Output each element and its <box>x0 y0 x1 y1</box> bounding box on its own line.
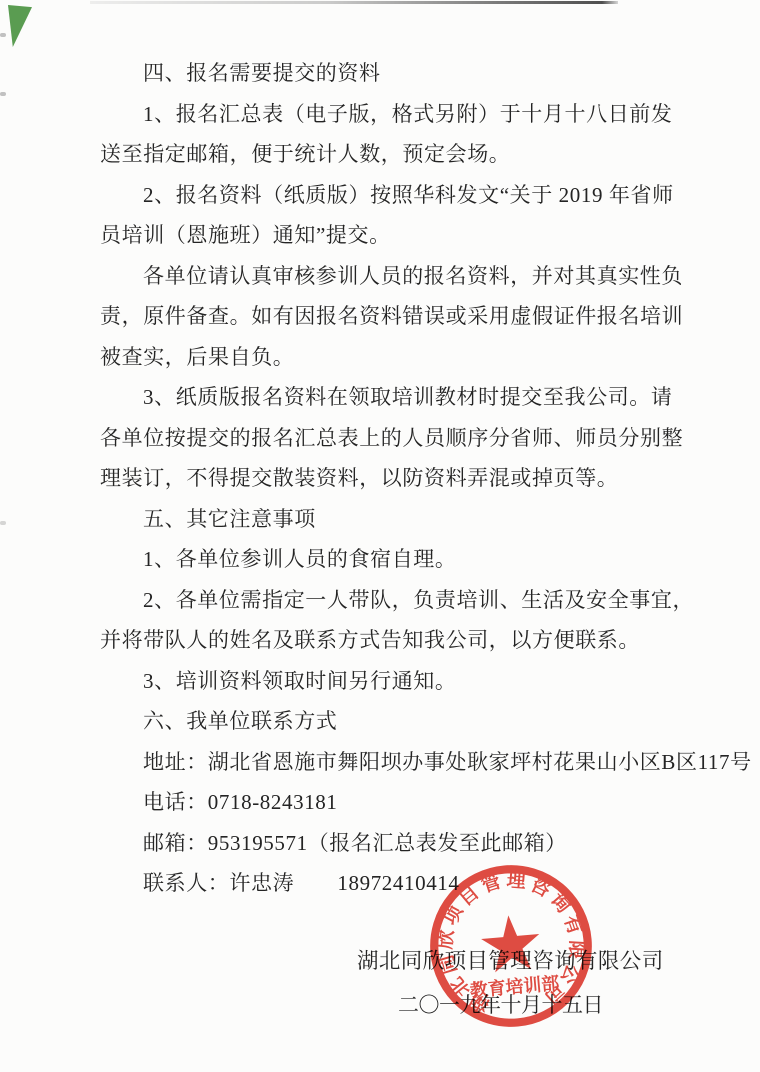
star-icon <box>479 913 542 973</box>
document-line: 各单位请认真审核参训人员的报名资料，并对其真实性负 <box>100 256 666 297</box>
document-line: 3、培训资料领取时间另行通知。 <box>100 661 666 702</box>
document-line: 各单位按提交的报名汇总表上的人员顺序分省师、师员分别整 <box>100 418 666 459</box>
document-line: 员培训（恩施班）通知”提交。 <box>100 215 666 256</box>
seal-graphic: 湖北同欣项目管理咨询有限公司 教育培训部 <box>417 852 606 1041</box>
scan-speck <box>0 92 6 96</box>
document-body: 四、报名需要提交的资料1、报名汇总表（电子版，格式另附）于十月十八日前发送至指定… <box>100 53 666 904</box>
scanned-document-page: 四、报名需要提交的资料1、报名汇总表（电子版，格式另附）于十月十八日前发送至指定… <box>0 0 760 1072</box>
document-line: 被查实，后果自负。 <box>100 337 666 378</box>
document-line: 并将带队人的姓名及联系方式告知我公司，以方便联系。 <box>100 620 666 661</box>
document-line: 四、报名需要提交的资料 <box>100 53 666 94</box>
document-line: 六、我单位联系方式 <box>100 701 666 742</box>
document-line: 五、其它注意事项 <box>100 499 666 540</box>
document-line: 电话：0718-8243181 <box>100 782 666 823</box>
document-line: 2、各单位需指定一人带队，负责培训、生活及安全事宜， <box>100 580 666 621</box>
document-line: 地址：湖北省恩施市舞阳坝办事处耿家坪村花果山小区B区117号 <box>100 742 666 783</box>
document-line: 2、报名资料（纸质版）按照华科发文“关于 2019 年省师 <box>100 175 666 216</box>
document-line: 1、报名汇总表（电子版，格式另附）于十月十八日前发 <box>100 94 666 135</box>
document-line: 责，原件备查。如有因报名资料错误或采用虚假证件报名培训 <box>100 296 666 337</box>
document-line: 理装订，不得提交散装资料，以防资料弄混或掉页等。 <box>100 458 666 499</box>
document-line: 3、纸质版报名资料在领取培训教材时提交至我公司。请 <box>100 377 666 418</box>
corner-artifact <box>8 5 32 47</box>
scan-speck <box>0 521 6 525</box>
company-seal-stamp: 湖北同欣项目管理咨询有限公司 教育培训部 <box>417 852 606 1041</box>
scan-speck <box>0 33 6 37</box>
scan-edge-line <box>90 1 618 4</box>
document-line: 1、各单位参训人员的食宿自理。 <box>100 539 666 580</box>
document-line: 送至指定邮箱，便于统计人数，预定会场。 <box>100 134 666 175</box>
